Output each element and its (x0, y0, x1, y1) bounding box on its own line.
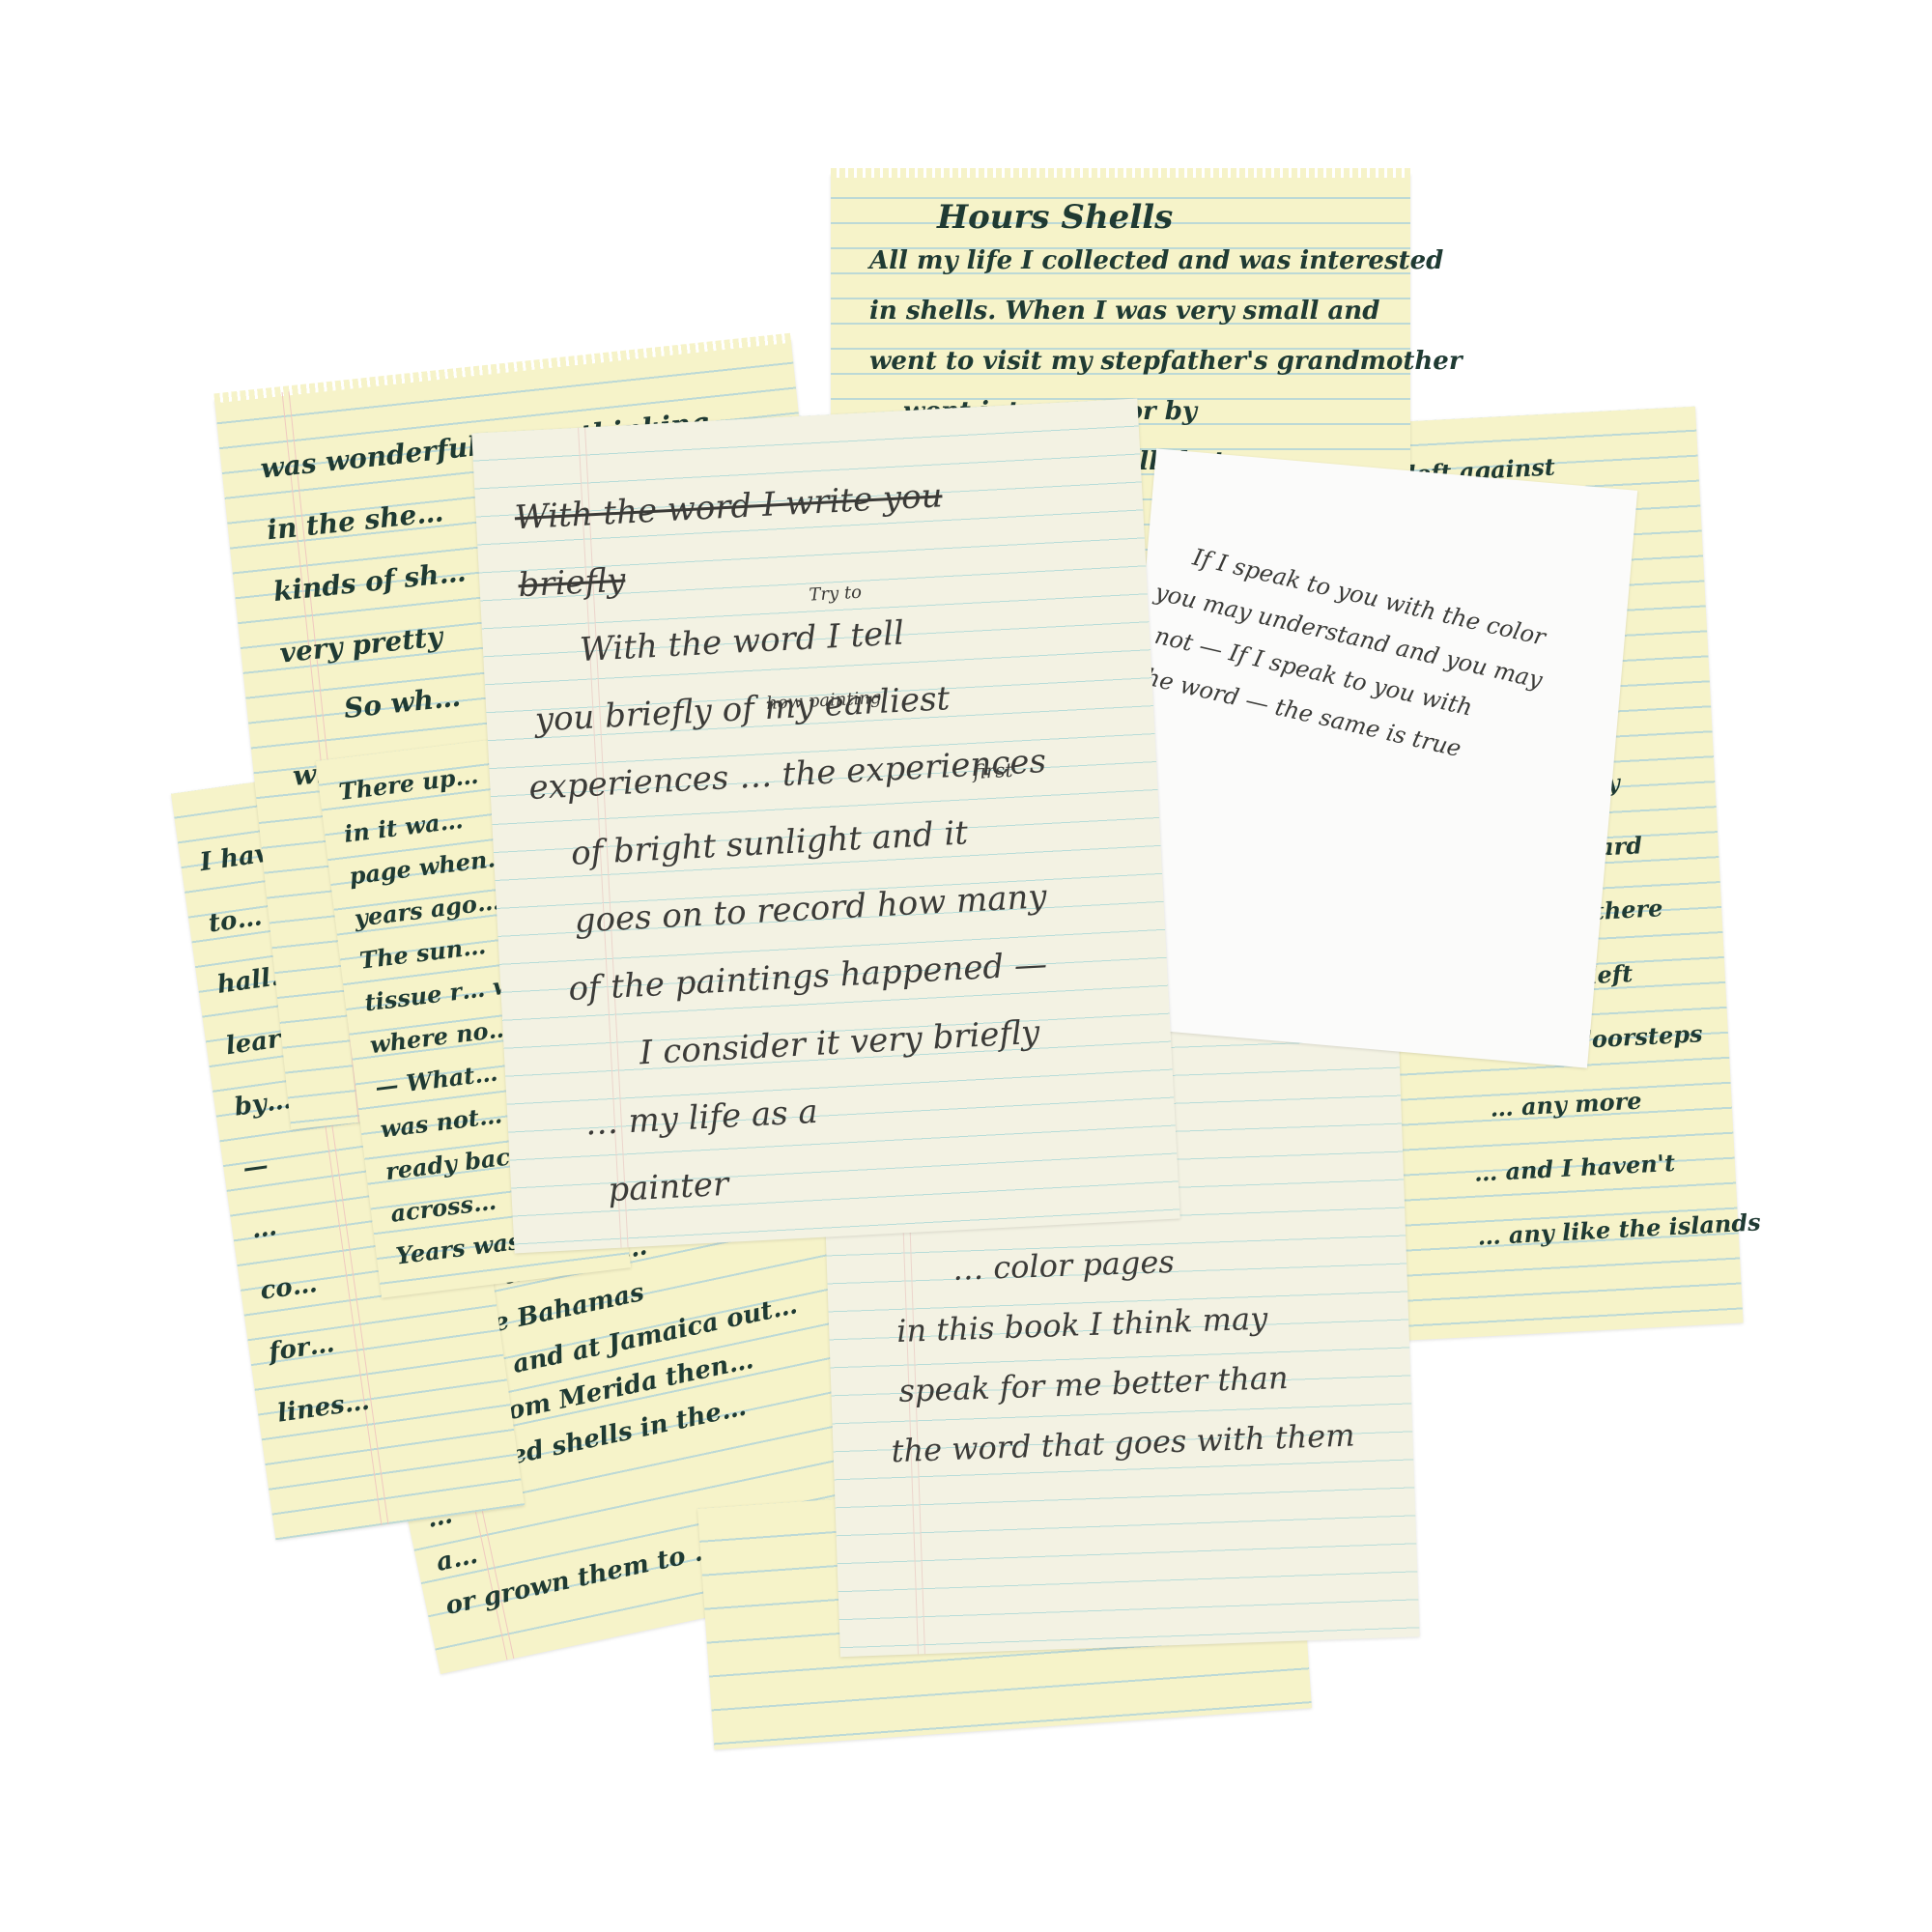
center-draft-page-line: of bright sunlight and it (570, 813, 969, 872)
center-draft-page-line: of the paintings happened — (567, 945, 1047, 1009)
insertion-try-to: Try to (809, 582, 863, 606)
left-narrow-page-line: — (241, 1151, 270, 1183)
middle-left-page-line: years ago… (353, 887, 501, 932)
center-draft-page-line: painter (607, 1165, 729, 1209)
left-narrow-page-line: by… (233, 1086, 294, 1122)
middle-left-page-line: where no… (368, 1013, 513, 1059)
middle-left-page-line: was not… (379, 1100, 503, 1143)
center-draft-page-line: I consider it very briefly (639, 1013, 1040, 1073)
center-draft-page-line: experiences … the experiences (527, 742, 1046, 808)
center-draft-page-line: goes on to record how many (574, 877, 1048, 941)
lower-draft-page-line: in this book I think may (896, 1300, 1268, 1350)
shells-page-line: All my life I collected and was interest… (869, 246, 1443, 275)
middle-left-page-line: The sun… (358, 931, 488, 975)
middle-left-page-line: page when… (348, 842, 512, 890)
middle-left-page-line: — What… (374, 1059, 499, 1101)
left-narrow-page-line: lines… (275, 1387, 371, 1429)
left-narrow-page-line: co… (258, 1269, 319, 1306)
upper-left-page-line: So wh… (342, 681, 462, 724)
upper-left-page-line: in the she… (266, 496, 445, 546)
shells-page-line: in shells. When I was very small and (869, 297, 1379, 326)
lower-draft-page-line: … color pages (952, 1243, 1175, 1288)
bottom-left-page-line: a… (434, 1541, 480, 1577)
lower-draft-page-line: the word that goes with them (891, 1417, 1355, 1470)
left-narrow-page-line: … (250, 1212, 279, 1244)
center-draft-page-line: With the word I tell (579, 614, 905, 670)
left-narrow-page-line: to… (207, 902, 264, 938)
middle-left-page-line: across… (389, 1187, 498, 1228)
right-page-line: … and I haven't (1473, 1149, 1675, 1187)
lower-draft-page-line: speak for me better than (898, 1359, 1289, 1409)
center-draft-page: Try to how painting first With the word … (471, 399, 1180, 1254)
center-draft-page-line: briefly (518, 561, 627, 606)
right-page-line: … any like the islands (1477, 1207, 1761, 1250)
white-note: If I speak to you with the coloryou may … (1106, 448, 1637, 1067)
middle-left-page-line: There up… (337, 761, 480, 806)
shells-page-line: went to visit my stepfather's grandmothe… (869, 347, 1463, 376)
right-page-line: … any more (1490, 1087, 1642, 1122)
center-draft-page-line: With the word I write you (514, 476, 944, 537)
upper-left-page-line: very pretty (278, 620, 444, 668)
left-narrow-page-line: for… (267, 1329, 336, 1367)
shells-page-title: Hours Shells (937, 198, 1173, 237)
middle-left-page-line: in it wa… (342, 806, 464, 848)
